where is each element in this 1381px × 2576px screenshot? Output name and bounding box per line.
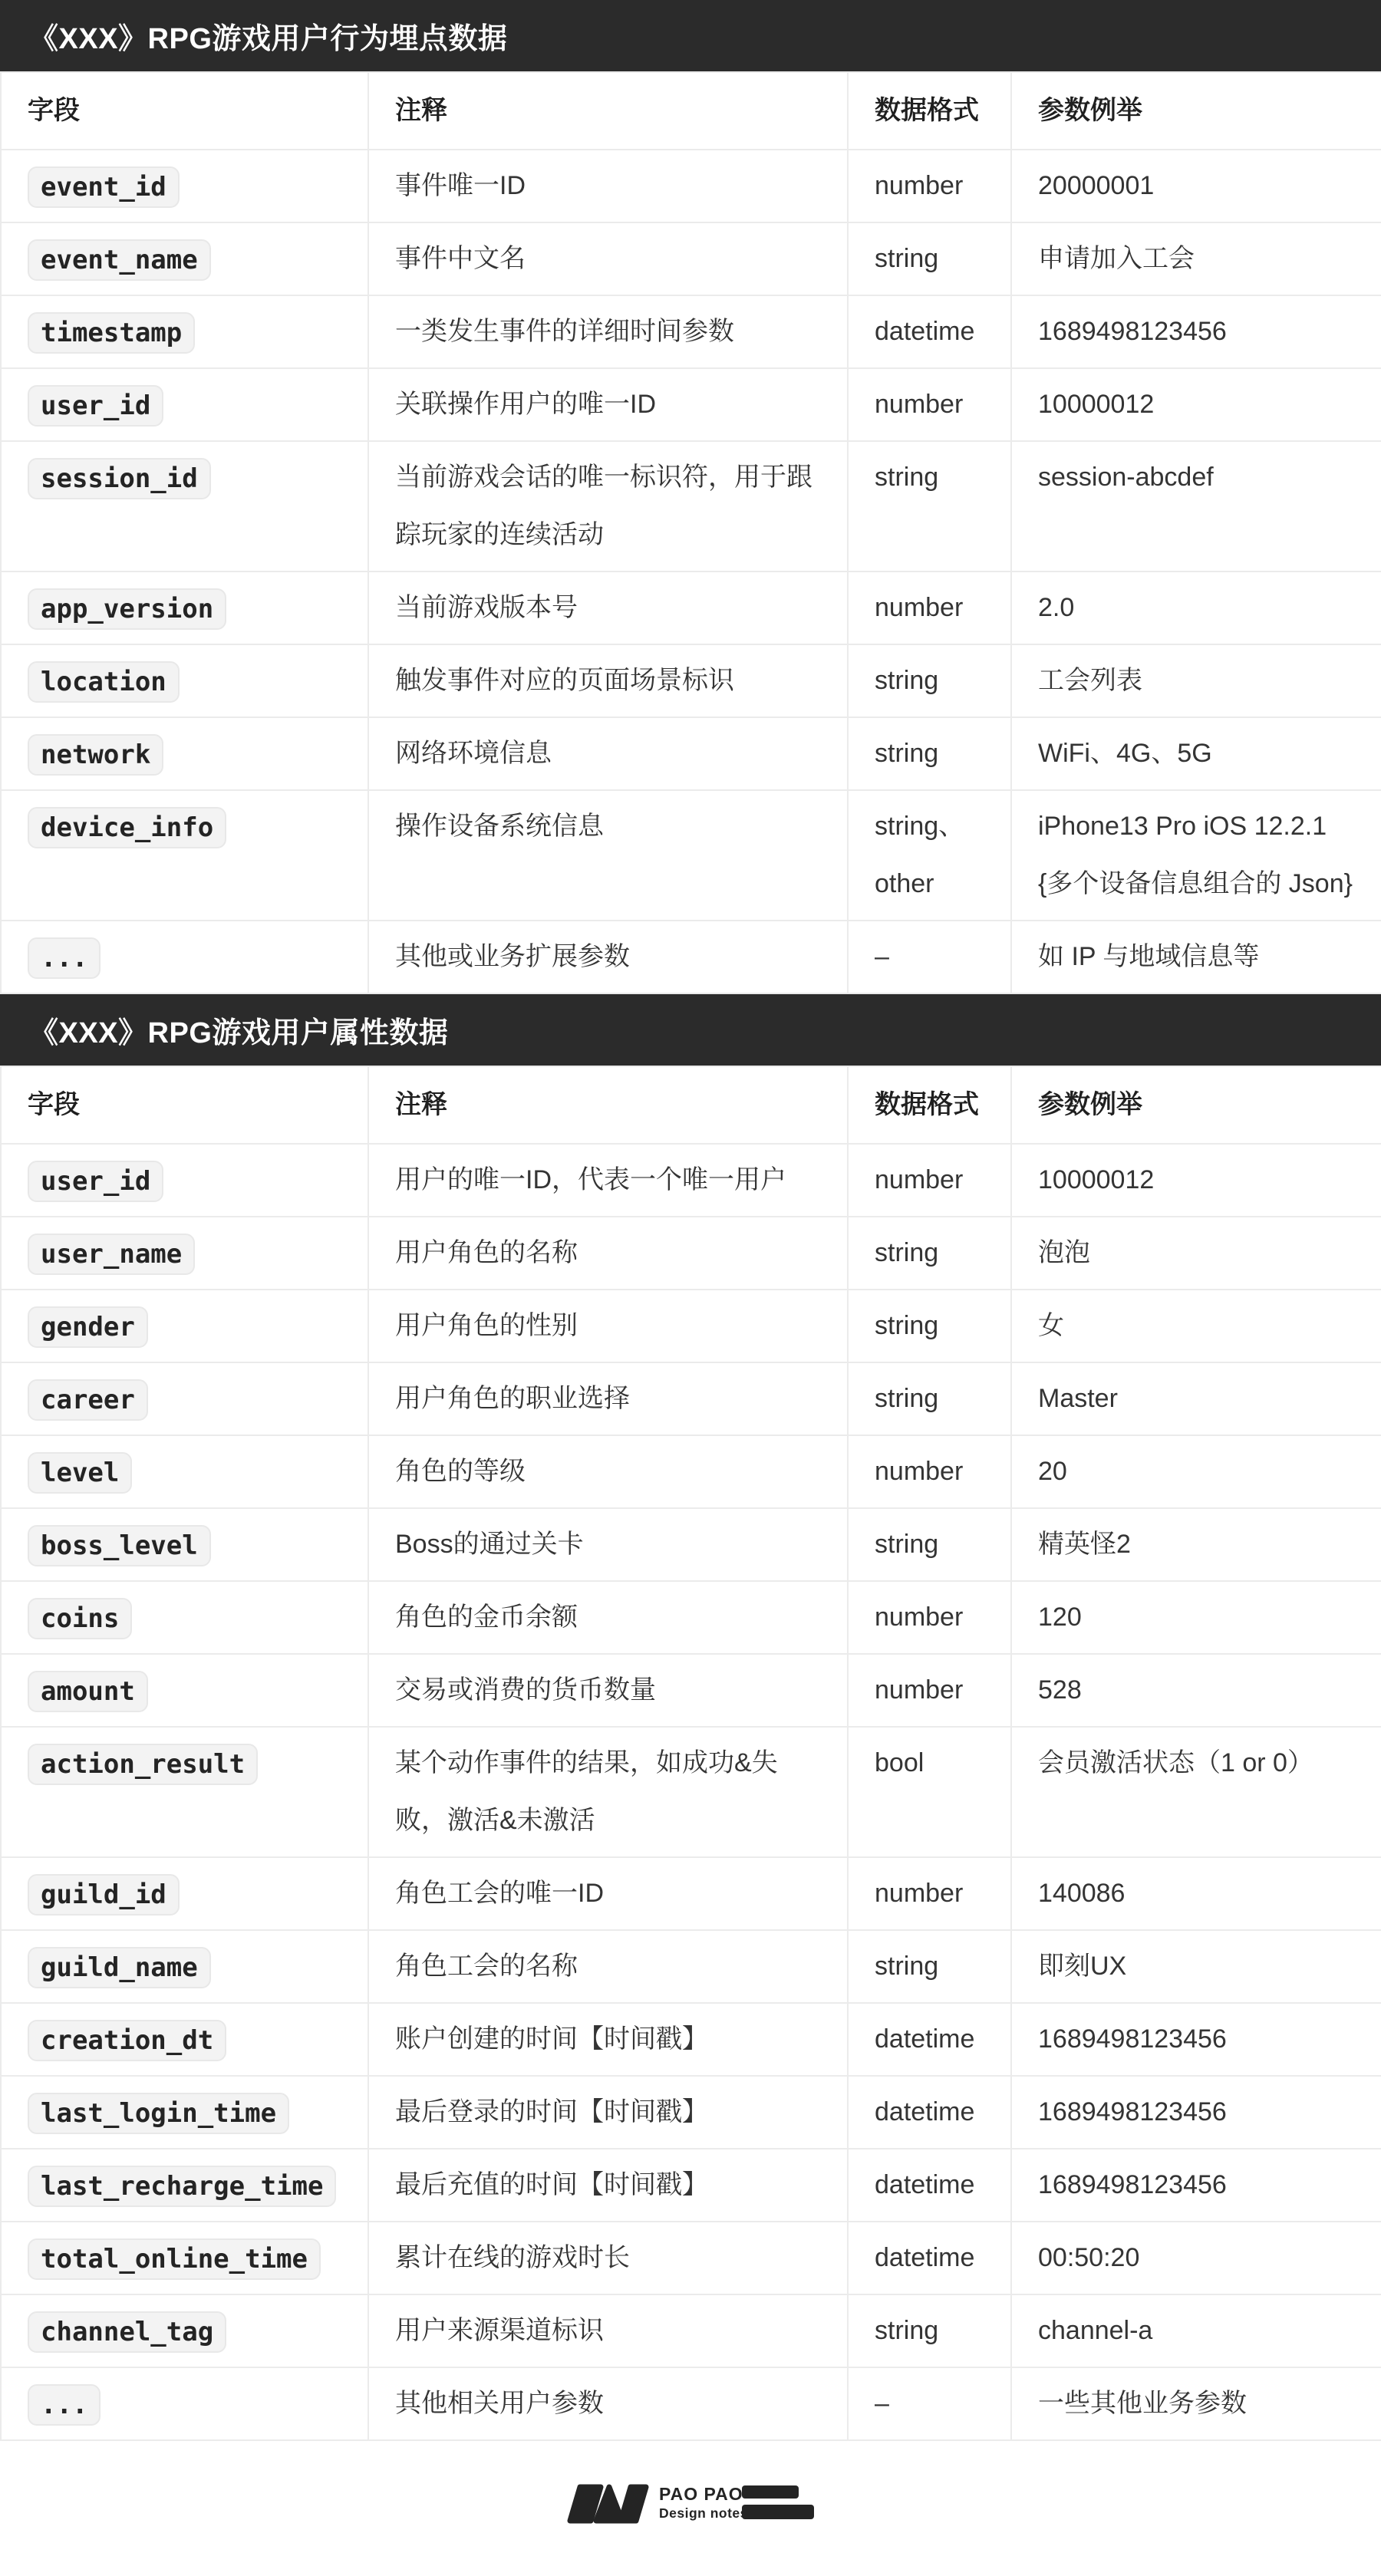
field-cell: amount xyxy=(1,1654,368,1727)
comment-cell: 角色工会的名称 xyxy=(368,1930,848,2003)
field-chip: last_login_time xyxy=(28,2093,289,2134)
table-row: network网络环境信息stringWiFi、4G、5G xyxy=(1,717,1381,790)
table-section: 《XXX》RPG游戏用户行为埋点数据 字段注释数据格式参数例举 event_id… xyxy=(0,0,1381,994)
comment-cell: 当前游戏会话的唯一标识符，用于跟踪玩家的连续活动 xyxy=(368,441,848,572)
format-cell: number xyxy=(848,1654,1011,1727)
field-chip: creation_dt xyxy=(28,2020,226,2061)
table-row: ...其他或业务扩展参数–如 IP 与地域信息等 xyxy=(1,921,1381,993)
table-row: user_id关联操作用户的唯一IDnumber10000012 xyxy=(1,368,1381,441)
field-chip: last_recharge_time xyxy=(28,2166,336,2207)
format-cell: datetime xyxy=(848,2149,1011,2222)
table-row: event_id事件唯一IDnumber20000001 xyxy=(1,150,1381,222)
comment-cell: 触发事件对应的页面场景标识 xyxy=(368,644,848,717)
field-cell: user_name xyxy=(1,1217,368,1290)
table-row: last_recharge_time最后充值的时间【时间戳】datetime16… xyxy=(1,2149,1381,2222)
field-cell: user_id xyxy=(1,368,368,441)
field-chip: amount xyxy=(28,1671,148,1712)
field-cell: channel_tag xyxy=(1,2294,368,2367)
example-cell: 申请加入工会 xyxy=(1011,222,1381,295)
format-cell: datetime xyxy=(848,2003,1011,2076)
format-cell: number xyxy=(848,1857,1011,1930)
table-row: level角色的等级number20 xyxy=(1,1435,1381,1508)
table-title-band: 《XXX》RPG游戏用户属性数据 xyxy=(0,994,1381,1066)
example-cell: 1689498123456 xyxy=(1011,295,1381,368)
comment-cell: 当前游戏版本号 xyxy=(368,572,848,644)
field-chip: ... xyxy=(28,937,101,979)
field-chip: boss_level xyxy=(28,1525,211,1566)
format-cell: string xyxy=(848,1508,1011,1581)
example-cell: 精英怪2 xyxy=(1011,1508,1381,1581)
comment-cell: 其他或业务扩展参数 xyxy=(368,921,848,993)
comment-cell: 用户角色的职业选择 xyxy=(368,1362,848,1435)
table-row: app_version当前游戏版本号number2.0 xyxy=(1,572,1381,644)
format-cell: number xyxy=(848,1435,1011,1508)
format-cell: – xyxy=(848,2367,1011,2440)
column-header: 注释 xyxy=(368,1066,848,1144)
comment-cell: 角色的等级 xyxy=(368,1435,848,1508)
table-row: guild_id角色工会的唯一IDnumber140086 xyxy=(1,1857,1381,1930)
table-row: timestamp一类发生事件的详细时间参数datetime1689498123… xyxy=(1,295,1381,368)
field-cell: guild_name xyxy=(1,1930,368,2003)
example-cell: WiFi、4G、5G xyxy=(1011,717,1381,790)
example-cell: 528 xyxy=(1011,1654,1381,1727)
format-cell: string xyxy=(848,644,1011,717)
column-header: 字段 xyxy=(1,72,368,150)
footer-brand-text: PAO PAO xyxy=(659,2484,743,2504)
format-cell: string、other xyxy=(848,790,1011,921)
field-cell: gender xyxy=(1,1290,368,1362)
table-row: creation_dt账户创建的时间【时间戳】datetime168949812… xyxy=(1,2003,1381,2076)
example-cell: 20000001 xyxy=(1011,150,1381,222)
field-cell: total_online_time xyxy=(1,2222,368,2294)
table-title: 《XXX》RPG游戏用户属性数据 xyxy=(29,1009,448,1051)
field-chip: app_version xyxy=(28,588,226,630)
comment-cell: 操作设备系统信息 xyxy=(368,790,848,921)
table-row: action_result某个动作事件的结果，如成功&失败，激活&未激活bool… xyxy=(1,1727,1381,1857)
format-cell: datetime xyxy=(848,2076,1011,2149)
example-cell: 00:50:20 xyxy=(1011,2222,1381,2294)
format-cell: number xyxy=(848,368,1011,441)
table-row: coins角色的金币余额number120 xyxy=(1,1581,1381,1654)
example-cell: Master xyxy=(1011,1362,1381,1435)
example-cell: 1689498123456 xyxy=(1011,2149,1381,2222)
field-chip: user_id xyxy=(28,1161,163,1202)
table-row: device_info操作设备系统信息string、other iPhone13… xyxy=(1,790,1381,921)
comment-cell: 网络环境信息 xyxy=(368,717,848,790)
comment-cell: 用户角色的名称 xyxy=(368,1217,848,1290)
example-cell: iPhone13 Pro iOS 12.2.1 {多个设备信息组合的 Json} xyxy=(1011,790,1381,921)
comment-cell: 某个动作事件的结果，如成功&失败，激活&未激活 xyxy=(368,1727,848,1857)
header-row: 字段注释数据格式参数例举 xyxy=(1,1066,1381,1144)
comment-cell: 其他相关用户参数 xyxy=(368,2367,848,2440)
comment-cell: 交易或消费的货币数量 xyxy=(368,1654,848,1727)
field-cell: user_id xyxy=(1,1144,368,1217)
table-row: total_online_time累计在线的游戏时长datetime00:50:… xyxy=(1,2222,1381,2294)
field-cell: event_id xyxy=(1,150,368,222)
table-row: location触发事件对应的页面场景标识string工会列表 xyxy=(1,644,1381,717)
format-cell: string xyxy=(848,1362,1011,1435)
field-cell: event_name xyxy=(1,222,368,295)
field-cell: timestamp xyxy=(1,295,368,368)
comment-cell: 用户的唯一ID，代表一个唯一用户 xyxy=(368,1144,848,1217)
field-chip: session_id xyxy=(28,458,211,499)
spec-document: 《XXX》RPG游戏用户行为埋点数据 字段注释数据格式参数例举 event_id… xyxy=(0,0,1381,2564)
field-chip: event_id xyxy=(28,166,180,208)
table-row: user_id用户的唯一ID，代表一个唯一用户number10000012 xyxy=(1,1144,1381,1217)
field-chip: user_name xyxy=(28,1234,195,1275)
comment-cell: 事件唯一ID xyxy=(368,150,848,222)
field-chip: location xyxy=(28,661,180,703)
field-cell: level xyxy=(1,1435,368,1508)
comment-cell: 累计在线的游戏时长 xyxy=(368,2222,848,2294)
paopao-logo: PAO PAO Design notes xyxy=(567,2479,814,2525)
table-row: boss_levelBoss的通过关卡string精英怪2 xyxy=(1,1508,1381,1581)
example-cell: 120 xyxy=(1011,1581,1381,1654)
example-cell: 即刻UX xyxy=(1011,1930,1381,2003)
field-cell: last_login_time xyxy=(1,2076,368,2149)
field-cell: app_version xyxy=(1,572,368,644)
table-title-band: 《XXX》RPG游戏用户行为埋点数据 xyxy=(0,0,1381,71)
format-cell: number xyxy=(848,1144,1011,1217)
field-chip: level xyxy=(28,1452,132,1494)
format-cell: bool xyxy=(848,1727,1011,1857)
format-cell: string xyxy=(848,1217,1011,1290)
format-cell: string xyxy=(848,1930,1011,2003)
comment-cell: 账户创建的时间【时间戳】 xyxy=(368,2003,848,2076)
field-cell: boss_level xyxy=(1,1508,368,1581)
field-chip: total_online_time xyxy=(28,2238,321,2280)
format-cell: – xyxy=(848,921,1011,993)
column-header: 参数例举 xyxy=(1011,72,1381,150)
table-row: guild_name角色工会的名称string即刻UX xyxy=(1,1930,1381,2003)
field-chip: event_name xyxy=(28,239,211,281)
table-row: ...其他相关用户参数–一些其他业务参数 xyxy=(1,2367,1381,2440)
table-row: session_id当前游戏会话的唯一标识符，用于跟踪玩家的连续活动string… xyxy=(1,441,1381,572)
column-header: 数据格式 xyxy=(848,1066,1011,1144)
example-cell: 工会列表 xyxy=(1011,644,1381,717)
example-cell: 1689498123456 xyxy=(1011,2076,1381,2149)
field-cell: creation_dt xyxy=(1,2003,368,2076)
format-cell: number xyxy=(848,572,1011,644)
table-row: gender用户角色的性别string女 xyxy=(1,1290,1381,1362)
field-cell: device_info xyxy=(1,790,368,921)
field-chip: coins xyxy=(28,1598,132,1639)
example-cell: 1689498123456 xyxy=(1011,2003,1381,2076)
column-header: 参数例举 xyxy=(1011,1066,1381,1144)
field-chip: user_id xyxy=(28,385,163,427)
mountains-icon xyxy=(570,2487,646,2521)
field-chip: network xyxy=(28,734,163,776)
field-cell: coins xyxy=(1,1581,368,1654)
format-cell: number xyxy=(848,1581,1011,1654)
format-cell: string xyxy=(848,717,1011,790)
table-row: channel_tag用户来源渠道标识stringchannel-a xyxy=(1,2294,1381,2367)
table-row: user_name用户角色的名称string泡泡 xyxy=(1,1217,1381,1290)
comment-cell: 最后登录的时间【时间戳】 xyxy=(368,2076,848,2149)
example-cell: 140086 xyxy=(1011,1857,1381,1930)
comment-cell: 关联操作用户的唯一ID xyxy=(368,368,848,441)
comment-cell: 一类发生事件的详细时间参数 xyxy=(368,295,848,368)
data-table: 字段注释数据格式参数例举 event_id事件唯一IDnumber2000000… xyxy=(0,71,1381,994)
table-row: last_login_time最后登录的时间【时间戳】datetime16894… xyxy=(1,2076,1381,2149)
example-cell: channel-a xyxy=(1011,2294,1381,2367)
column-header: 字段 xyxy=(1,1066,368,1144)
field-chip: guild_name xyxy=(28,1947,211,1988)
header-row: 字段注释数据格式参数例举 xyxy=(1,72,1381,150)
data-table: 字段注释数据格式参数例举 user_id用户的唯一ID，代表一个唯一用户numb… xyxy=(0,1066,1381,2441)
field-chip: career xyxy=(28,1379,148,1421)
field-chip: guild_id xyxy=(28,1874,180,1916)
table-title: 《XXX》RPG游戏用户行为埋点数据 xyxy=(29,15,507,57)
field-cell: last_recharge_time xyxy=(1,2149,368,2222)
table-section: 《XXX》RPG游戏用户属性数据 字段注释数据格式参数例举 user_id用户的… xyxy=(0,994,1381,2441)
example-cell: 如 IP 与地域信息等 xyxy=(1011,921,1381,993)
field-cell: ... xyxy=(1,2367,368,2440)
format-cell: number xyxy=(848,150,1011,222)
example-cell: 泡泡 xyxy=(1011,1217,1381,1290)
format-cell: string xyxy=(848,222,1011,295)
example-cell: 女 xyxy=(1011,1290,1381,1362)
comment-cell: 角色的金币余额 xyxy=(368,1581,848,1654)
field-cell: network xyxy=(1,717,368,790)
field-cell: guild_id xyxy=(1,1857,368,1930)
comment-cell: 角色工会的唯一ID xyxy=(368,1857,848,1930)
format-cell: string xyxy=(848,1290,1011,1362)
comment-cell: 最后充值的时间【时间戳】 xyxy=(368,2149,848,2222)
field-chip: gender xyxy=(28,1306,148,1348)
footer: PAO PAO Design notes xyxy=(0,2441,1381,2564)
field-cell: session_id xyxy=(1,441,368,572)
comment-cell: Boss的通过关卡 xyxy=(368,1508,848,1581)
format-cell: datetime xyxy=(848,295,1011,368)
field-chip: action_result xyxy=(28,1744,258,1785)
field-cell: career xyxy=(1,1362,368,1435)
table-row: event_name事件中文名string申请加入工会 xyxy=(1,222,1381,295)
column-header: 注释 xyxy=(368,72,848,150)
comment-cell: 用户来源渠道标识 xyxy=(368,2294,848,2367)
comment-cell: 用户角色的性别 xyxy=(368,1290,848,1362)
format-cell: string xyxy=(848,441,1011,572)
example-cell: session-abcdef xyxy=(1011,441,1381,572)
field-chip: device_info xyxy=(28,807,226,848)
field-cell: location xyxy=(1,644,368,717)
tables-container: 《XXX》RPG游戏用户行为埋点数据 字段注释数据格式参数例举 event_id… xyxy=(0,0,1381,2441)
table-row: amount交易或消费的货币数量number528 xyxy=(1,1654,1381,1727)
field-chip: timestamp xyxy=(28,312,195,354)
field-chip: ... xyxy=(28,2384,101,2426)
format-cell: datetime xyxy=(848,2222,1011,2294)
example-cell: 会员激活状态（1 or 0） xyxy=(1011,1727,1381,1857)
logo-bars xyxy=(742,2485,814,2519)
example-cell: 10000012 xyxy=(1011,1144,1381,1217)
column-header: 数据格式 xyxy=(848,72,1011,150)
field-cell: action_result xyxy=(1,1727,368,1857)
example-cell: 20 xyxy=(1011,1435,1381,1508)
example-cell: 一些其他业务参数 xyxy=(1011,2367,1381,2440)
footer-sub-text: Design notes xyxy=(659,2505,748,2521)
example-cell: 10000012 xyxy=(1011,368,1381,441)
example-cell: 2.0 xyxy=(1011,572,1381,644)
field-cell: ... xyxy=(1,921,368,993)
comment-cell: 事件中文名 xyxy=(368,222,848,295)
table-row: career用户角色的职业选择stringMaster xyxy=(1,1362,1381,1435)
format-cell: string xyxy=(848,2294,1011,2367)
field-chip: channel_tag xyxy=(28,2311,226,2353)
